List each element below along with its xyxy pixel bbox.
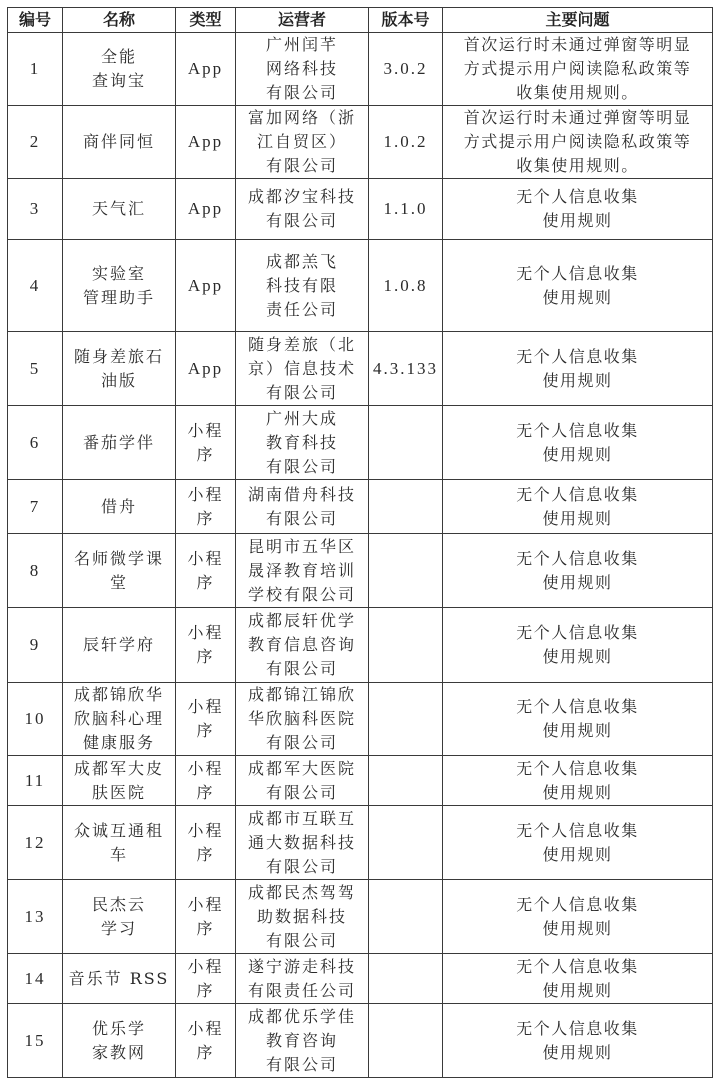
table-row: 9辰轩学府小程 序成都辰轩优学 教育信息咨询 有限公司无个人信息收集 使用规则 bbox=[8, 608, 713, 683]
cell-type: 小程 序 bbox=[176, 534, 236, 608]
table-row: 15优乐学 家教网小程 序成都优乐学佳 教育咨询 有限公司无个人信息收集 使用规… bbox=[8, 1004, 713, 1078]
cell-type: 小程 序 bbox=[176, 1004, 236, 1078]
table-row: 5随身差旅石 油版App随身差旅（北 京）信息技术 有限公司4.3.133无个人… bbox=[8, 332, 713, 406]
cell-issue-text: 无个人信息收集 使用规则 bbox=[516, 623, 639, 666]
cell-id: 14 bbox=[8, 954, 63, 1004]
cell-version-text: 3.0.2 bbox=[384, 59, 428, 78]
cell-type-text: 小程 序 bbox=[187, 821, 223, 864]
cell-id-text: 12 bbox=[25, 833, 46, 852]
cell-name-text: 番茄学伴 bbox=[83, 433, 155, 452]
cell-issue: 首次运行时未通过弹窗等明显 方式提示用户阅读隐私政策等 收集使用规则。 bbox=[443, 106, 713, 179]
cell-name: 商伴同恒 bbox=[63, 106, 176, 179]
cell-issue: 无个人信息收集 使用规则 bbox=[443, 1004, 713, 1078]
cell-id: 10 bbox=[8, 683, 63, 756]
cell-type: 小程 序 bbox=[176, 954, 236, 1004]
cell-issue: 无个人信息收集 使用规则 bbox=[443, 534, 713, 608]
cell-id-text: 1 bbox=[30, 59, 41, 78]
cell-name: 名师微学课 堂 bbox=[63, 534, 176, 608]
cell-operator: 广州大成 教育科技 有限公司 bbox=[236, 406, 369, 480]
cell-operator-text: 成都民杰驾驾 助数据科技 有限公司 bbox=[248, 883, 356, 950]
cell-version: 3.0.2 bbox=[369, 33, 443, 106]
table-row: 13民杰云 学习小程 序成都民杰驾驾 助数据科技 有限公司无个人信息收集 使用规… bbox=[8, 880, 713, 954]
table-row: 10成都锦欣华 欣脑科心理 健康服务小程 序成都锦江锦欣 华欣脑科医院 有限公司… bbox=[8, 683, 713, 756]
cell-operator: 湖南借舟科技 有限公司 bbox=[236, 480, 369, 534]
cell-type: App bbox=[176, 106, 236, 179]
cell-name: 成都锦欣华 欣脑科心理 健康服务 bbox=[63, 683, 176, 756]
cell-id: 8 bbox=[8, 534, 63, 608]
cell-type-text: 小程 序 bbox=[187, 485, 223, 528]
cell-issue-text: 无个人信息收集 使用规则 bbox=[516, 549, 639, 592]
cell-operator-text: 成都市互联互 通大数据科技 有限公司 bbox=[248, 809, 356, 876]
cell-id-text: 5 bbox=[30, 359, 41, 378]
cell-type-text: App bbox=[188, 199, 223, 218]
cell-id-text: 10 bbox=[25, 709, 46, 728]
cell-id: 9 bbox=[8, 608, 63, 683]
cell-name-text: 优乐学 家教网 bbox=[92, 1019, 146, 1062]
cell-version: 1.0.8 bbox=[369, 240, 443, 332]
cell-issue-text: 无个人信息收集 使用规则 bbox=[516, 1019, 639, 1062]
table-row: 14音乐节 RSS小程 序遂宁游走科技 有限责任公司无个人信息收集 使用规则 bbox=[8, 954, 713, 1004]
cell-operator: 成都羔飞 科技有限 责任公司 bbox=[236, 240, 369, 332]
cell-id: 12 bbox=[8, 806, 63, 880]
cell-operator: 随身差旅（北 京）信息技术 有限公司 bbox=[236, 332, 369, 406]
cell-version: 1.1.0 bbox=[369, 179, 443, 240]
cell-operator: 成都汐宝科技 有限公司 bbox=[236, 179, 369, 240]
cell-name: 实验室 管理助手 bbox=[63, 240, 176, 332]
cell-name: 天气汇 bbox=[63, 179, 176, 240]
cell-type: App bbox=[176, 33, 236, 106]
cell-name: 随身差旅石 油版 bbox=[63, 332, 176, 406]
cell-name-text: 名师微学课 堂 bbox=[74, 549, 164, 592]
cell-name: 成都军大皮 肤医院 bbox=[63, 756, 176, 806]
cell-id: 1 bbox=[8, 33, 63, 106]
cell-version-text: 1.0.8 bbox=[384, 276, 428, 295]
cell-type: App bbox=[176, 179, 236, 240]
cell-id: 3 bbox=[8, 179, 63, 240]
cell-name-text: 成都军大皮 肤医院 bbox=[74, 759, 164, 802]
cell-issue-text: 无个人信息收集 使用规则 bbox=[516, 347, 639, 390]
cell-type-text: App bbox=[188, 132, 223, 151]
cell-name-text: 众诚互通租 车 bbox=[74, 821, 164, 864]
cell-issue-text: 无个人信息收集 使用规则 bbox=[516, 895, 639, 938]
cell-type: App bbox=[176, 332, 236, 406]
cell-name: 借舟 bbox=[63, 480, 176, 534]
header-issue: 主要问题 bbox=[443, 8, 713, 33]
cell-issue: 无个人信息收集 使用规则 bbox=[443, 756, 713, 806]
cell-version bbox=[369, 406, 443, 480]
cell-operator: 昆明市五华区 晟泽教育培训 学校有限公司 bbox=[236, 534, 369, 608]
cell-version bbox=[369, 880, 443, 954]
cell-version bbox=[369, 1004, 443, 1078]
table-row: 6番茄学伴小程 序广州大成 教育科技 有限公司无个人信息收集 使用规则 bbox=[8, 406, 713, 480]
table-row: 11成都军大皮 肤医院小程 序成都军大医院 有限公司无个人信息收集 使用规则 bbox=[8, 756, 713, 806]
cell-id-text: 4 bbox=[30, 276, 41, 295]
header-name: 名称 bbox=[63, 8, 176, 33]
cell-operator-text: 成都军大医院 有限公司 bbox=[248, 759, 356, 802]
cell-name: 优乐学 家教网 bbox=[63, 1004, 176, 1078]
cell-issue-text: 无个人信息收集 使用规则 bbox=[516, 759, 639, 802]
cell-type-text: App bbox=[188, 359, 223, 378]
cell-type-text: 小程 序 bbox=[187, 1019, 223, 1062]
cell-type: 小程 序 bbox=[176, 806, 236, 880]
cell-id-text: 7 bbox=[30, 497, 41, 516]
cell-id-text: 15 bbox=[25, 1031, 46, 1050]
header-type: 类型 bbox=[176, 8, 236, 33]
cell-version bbox=[369, 480, 443, 534]
cell-type-text: 小程 序 bbox=[187, 421, 223, 464]
table-row: 1全能 查询宝App广州闰芊 网络科技 有限公司3.0.2首次运行时未通过弹窗等… bbox=[8, 33, 713, 106]
table-row: 12众诚互通租 车小程 序成都市互联互 通大数据科技 有限公司无个人信息收集 使… bbox=[8, 806, 713, 880]
cell-operator: 富加网络（浙 江自贸区） 有限公司 bbox=[236, 106, 369, 179]
table-row: 8名师微学课 堂小程 序昆明市五华区 晟泽教育培训 学校有限公司无个人信息收集 … bbox=[8, 534, 713, 608]
cell-name-text: 借舟 bbox=[101, 497, 137, 516]
cell-operator-text: 成都优乐学佳 教育咨询 有限公司 bbox=[248, 1007, 356, 1074]
cell-operator-text: 随身差旅（北 京）信息技术 有限公司 bbox=[248, 335, 356, 402]
cell-type: 小程 序 bbox=[176, 406, 236, 480]
header-id: 编号 bbox=[8, 8, 63, 33]
table-header-row: 编号 名称 类型 运营者 版本号 主要问题 bbox=[8, 8, 713, 33]
cell-version bbox=[369, 954, 443, 1004]
cell-id-text: 6 bbox=[30, 433, 41, 452]
cell-issue: 无个人信息收集 使用规则 bbox=[443, 806, 713, 880]
cell-version bbox=[369, 534, 443, 608]
cell-name: 众诚互通租 车 bbox=[63, 806, 176, 880]
cell-issue-text: 无个人信息收集 使用规则 bbox=[516, 264, 639, 307]
cell-type-text: 小程 序 bbox=[187, 957, 223, 1000]
cell-id: 7 bbox=[8, 480, 63, 534]
cell-id: 15 bbox=[8, 1004, 63, 1078]
cell-name-text: 民杰云 学习 bbox=[92, 895, 146, 938]
cell-type-text: 小程 序 bbox=[187, 759, 223, 802]
cell-issue: 无个人信息收集 使用规则 bbox=[443, 954, 713, 1004]
cell-issue: 首次运行时未通过弹窗等明显 方式提示用户阅读隐私政策等 收集使用规则。 bbox=[443, 33, 713, 106]
table-row: 2商伴同恒App富加网络（浙 江自贸区） 有限公司1.0.2首次运行时未通过弹窗… bbox=[8, 106, 713, 179]
cell-name-text: 实验室 管理助手 bbox=[83, 264, 155, 307]
cell-version bbox=[369, 683, 443, 756]
cell-id: 11 bbox=[8, 756, 63, 806]
cell-id: 13 bbox=[8, 880, 63, 954]
cell-type-text: App bbox=[188, 59, 223, 78]
cell-operator: 成都锦江锦欣 华欣脑科医院 有限公司 bbox=[236, 683, 369, 756]
cell-issue-text: 无个人信息收集 使用规则 bbox=[516, 187, 639, 230]
cell-issue-text: 首次运行时未通过弹窗等明显 方式提示用户阅读隐私政策等 收集使用规则。 bbox=[464, 35, 692, 102]
cell-type: App bbox=[176, 240, 236, 332]
cell-issue: 无个人信息收集 使用规则 bbox=[443, 683, 713, 756]
cell-operator: 遂宁游走科技 有限责任公司 bbox=[236, 954, 369, 1004]
cell-id: 5 bbox=[8, 332, 63, 406]
cell-version-text: 1.1.0 bbox=[384, 199, 428, 218]
cell-issue: 无个人信息收集 使用规则 bbox=[443, 179, 713, 240]
cell-issue: 无个人信息收集 使用规则 bbox=[443, 480, 713, 534]
cell-issue-text: 无个人信息收集 使用规则 bbox=[516, 421, 639, 464]
cell-issue: 无个人信息收集 使用规则 bbox=[443, 406, 713, 480]
cell-id: 2 bbox=[8, 106, 63, 179]
cell-version bbox=[369, 806, 443, 880]
cell-id-text: 11 bbox=[25, 771, 45, 790]
cell-id-text: 8 bbox=[30, 561, 41, 580]
cell-type: 小程 序 bbox=[176, 880, 236, 954]
cell-type-text: 小程 序 bbox=[187, 895, 223, 938]
header-version: 版本号 bbox=[369, 8, 443, 33]
cell-name-text: 天气汇 bbox=[92, 199, 146, 218]
cell-operator: 成都市互联互 通大数据科技 有限公司 bbox=[236, 806, 369, 880]
cell-id-text: 2 bbox=[30, 132, 41, 151]
table-row: 4实验室 管理助手App成都羔飞 科技有限 责任公司1.0.8无个人信息收集 使… bbox=[8, 240, 713, 332]
cell-version-text: 1.0.2 bbox=[384, 132, 428, 151]
cell-id-text: 9 bbox=[30, 635, 41, 654]
cell-name-text: 随身差旅石 油版 bbox=[74, 347, 164, 390]
cell-type: 小程 序 bbox=[176, 683, 236, 756]
cell-id-text: 13 bbox=[25, 907, 46, 926]
cell-operator: 成都优乐学佳 教育咨询 有限公司 bbox=[236, 1004, 369, 1078]
cell-issue-text: 无个人信息收集 使用规则 bbox=[516, 697, 639, 740]
cell-id: 6 bbox=[8, 406, 63, 480]
cell-issue-text: 无个人信息收集 使用规则 bbox=[516, 957, 639, 1000]
cell-operator-text: 昆明市五华区 晟泽教育培训 学校有限公司 bbox=[248, 537, 356, 604]
cell-name-text: 全能 查询宝 bbox=[92, 47, 146, 90]
header-operator: 运营者 bbox=[236, 8, 369, 33]
cell-version bbox=[369, 608, 443, 683]
cell-type-text: 小程 序 bbox=[187, 549, 223, 592]
cell-name-text: 商伴同恒 bbox=[83, 132, 155, 151]
cell-type-text: 小程 序 bbox=[187, 697, 223, 740]
cell-operator-text: 湖南借舟科技 有限公司 bbox=[248, 485, 356, 528]
cell-name-text: 辰轩学府 bbox=[83, 635, 155, 654]
cell-operator: 成都军大医院 有限公司 bbox=[236, 756, 369, 806]
cell-name-text: 音乐节 RSS bbox=[69, 969, 170, 988]
cell-type: 小程 序 bbox=[176, 756, 236, 806]
cell-operator-text: 成都锦江锦欣 华欣脑科医院 有限公司 bbox=[248, 685, 356, 752]
table-row: 3天气汇App成都汐宝科技 有限公司1.1.0无个人信息收集 使用规则 bbox=[8, 179, 713, 240]
cell-operator-text: 成都羔飞 科技有限 责任公司 bbox=[266, 252, 338, 319]
cell-name: 民杰云 学习 bbox=[63, 880, 176, 954]
cell-issue-text: 无个人信息收集 使用规则 bbox=[516, 821, 639, 864]
cell-issue-text: 无个人信息收集 使用规则 bbox=[516, 485, 639, 528]
cell-id: 4 bbox=[8, 240, 63, 332]
cell-operator-text: 广州闰芊 网络科技 有限公司 bbox=[266, 35, 338, 102]
cell-operator-text: 遂宁游走科技 有限责任公司 bbox=[248, 957, 356, 1000]
cell-operator: 成都民杰驾驾 助数据科技 有限公司 bbox=[236, 880, 369, 954]
cell-issue: 无个人信息收集 使用规则 bbox=[443, 608, 713, 683]
cell-id-text: 3 bbox=[30, 199, 41, 218]
cell-version-text: 4.3.133 bbox=[373, 359, 438, 378]
app-issues-table: 编号 名称 类型 运营者 版本号 主要问题 1全能 查询宝App广州闰芊 网络科… bbox=[7, 7, 713, 1078]
cell-type-text: App bbox=[188, 276, 223, 295]
cell-issue: 无个人信息收集 使用规则 bbox=[443, 240, 713, 332]
cell-operator-text: 成都汐宝科技 有限公司 bbox=[248, 187, 356, 230]
cell-type: 小程 序 bbox=[176, 480, 236, 534]
cell-type: 小程 序 bbox=[176, 608, 236, 683]
cell-version: 4.3.133 bbox=[369, 332, 443, 406]
cell-operator: 成都辰轩优学 教育信息咨询 有限公司 bbox=[236, 608, 369, 683]
cell-version: 1.0.2 bbox=[369, 106, 443, 179]
cell-operator: 广州闰芊 网络科技 有限公司 bbox=[236, 33, 369, 106]
table-row: 7借舟小程 序湖南借舟科技 有限公司无个人信息收集 使用规则 bbox=[8, 480, 713, 534]
cell-operator-text: 成都辰轩优学 教育信息咨询 有限公司 bbox=[248, 611, 356, 678]
cell-operator-text: 富加网络（浙 江自贸区） 有限公司 bbox=[248, 108, 356, 175]
cell-issue: 无个人信息收集 使用规则 bbox=[443, 880, 713, 954]
cell-id-text: 14 bbox=[25, 969, 46, 988]
cell-name: 全能 查询宝 bbox=[63, 33, 176, 106]
cell-issue: 无个人信息收集 使用规则 bbox=[443, 332, 713, 406]
cell-type-text: 小程 序 bbox=[187, 623, 223, 666]
cell-name: 番茄学伴 bbox=[63, 406, 176, 480]
cell-operator-text: 广州大成 教育科技 有限公司 bbox=[266, 409, 338, 476]
cell-issue-text: 首次运行时未通过弹窗等明显 方式提示用户阅读隐私政策等 收集使用规则。 bbox=[464, 108, 692, 175]
cell-name-text: 成都锦欣华 欣脑科心理 健康服务 bbox=[74, 685, 164, 752]
cell-name: 辰轩学府 bbox=[63, 608, 176, 683]
cell-name: 音乐节 RSS bbox=[63, 954, 176, 1004]
cell-version bbox=[369, 756, 443, 806]
